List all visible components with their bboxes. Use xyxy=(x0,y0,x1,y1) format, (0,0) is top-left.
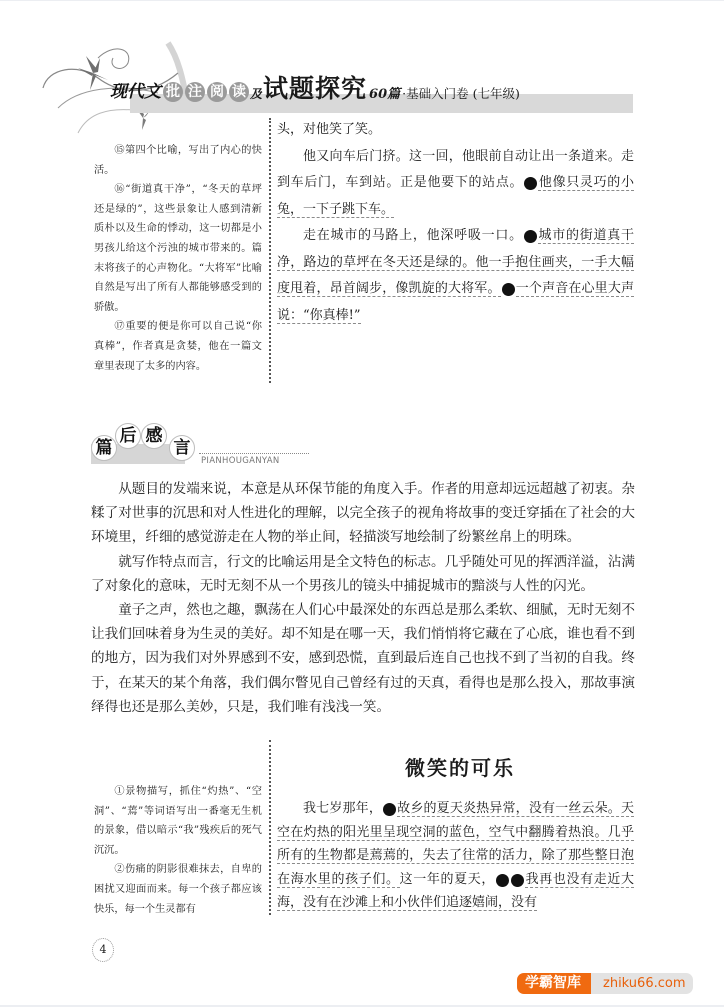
story-text-bottom: 我七岁那年，1故乡的夏天炎热异常，没有一丝云朵。天空在灼热的阳光里呈现空洞的蓝色… xyxy=(277,797,634,915)
title-circled: 批 注 阅 读 xyxy=(163,82,249,102)
annotation-2: ②伤痛的阴影很难抹去，自卑的困扰又迎面而来。每一个孩子都应该快乐，每一个生灵都有 xyxy=(94,860,262,919)
heading-char: 后 xyxy=(115,423,141,449)
watermark-badge: 学霸智库 zhiku66.com xyxy=(517,973,693,994)
story-paragraph: 我七岁那年，1故乡的夏天炎热异常，没有一丝云朵。天空在灼热的阳光里呈现空洞的蓝色… xyxy=(277,797,634,915)
annotation-marker-15: 15 xyxy=(524,177,537,190)
text: 我七岁那年， xyxy=(303,801,382,816)
annotation-15: ⑮第四个比喻，写出了内心的快活。 xyxy=(94,141,262,180)
heading-char: 言 xyxy=(169,435,195,461)
annotation-1: ①景物描写，抓住“灼热”、“空洞”、“蔫”等词语写出一番毫无生机的景象，借以暗示… xyxy=(94,782,262,860)
annotation-marker-17: 17 xyxy=(502,283,515,296)
heading-char: 篇 xyxy=(91,435,117,461)
commentary-text: 从题目的发端来说，本意是从环保节能的角度入手。作者的用意却远远超越了初衷。杂糅了… xyxy=(91,477,635,719)
annotation-marker-3: 3 xyxy=(511,874,524,887)
heading-pinyin: PIANHOUGANYAN xyxy=(201,456,279,466)
story-paragraph: 他又向车后门挤。这一回，他眼前自动让出一条道来。走到车后门，车到站。正是他要下的… xyxy=(277,144,634,224)
circled-char: 阅 xyxy=(207,82,227,102)
commentary-paragraph: 就写作特点而言，行文的比喻运用是全文特色的标志。几乎随处可见的挥洒洋溢，沾满了对… xyxy=(91,550,635,598)
annotation-marker-16: 16 xyxy=(524,230,537,243)
watermark-brand: 学霸智库 xyxy=(517,973,591,994)
annotation-column-bottom: ①景物描写，抓住“灼热”、“空洞”、“蔫”等词语写出一番毫无生机的景象，借以暗示… xyxy=(94,782,262,919)
story-title: 微笑的可乐 xyxy=(270,752,650,781)
title-and: 及 xyxy=(250,85,262,102)
circled-char: 注 xyxy=(185,82,205,102)
text: 这一年的夏天， xyxy=(400,872,495,887)
page-number: 4 xyxy=(92,938,114,962)
title-main: 试题探究 xyxy=(263,76,367,102)
commentary-paragraph: 从题目的发端来说，本意是从环保节能的角度入手。作者的用意却远远超越了初衷。杂糅了… xyxy=(91,477,635,550)
annotation-17: ⑰重要的便是你可以自己说“你真棒”，作者真是贪婪，他在一篇文章里表现了太多的内容… xyxy=(94,317,262,376)
watermark-domain: zhiku66.com xyxy=(591,973,693,994)
circled-char: 读 xyxy=(229,82,249,102)
annotation-marker-1: 1 xyxy=(383,803,396,816)
title-count: 60篇 xyxy=(369,83,400,102)
title-part1: 现代文 xyxy=(110,77,161,102)
story-text-top: 头，对他笑了笑。 他又向车后门挤。这一回，他眼前自动让出一条道来。走到车后门，车… xyxy=(277,117,634,329)
heading-char: 感 xyxy=(141,423,167,449)
heading-dotted-line xyxy=(199,453,309,454)
text: 头，对他笑了笑。 xyxy=(277,122,381,137)
annotation-16: ⑯“街道真干净”，“冬天的草坪还是绿的”，这些景象让人感到清新质朴以及生命的悸动… xyxy=(94,180,262,317)
story-paragraph: 头，对他笑了笑。 xyxy=(277,117,634,144)
commentary-paragraph: 童子之声，然也之趣，飘荡在人们心中最深处的东西总是那么柔软、细腻，无时无刻不让我… xyxy=(91,598,635,719)
book-title: 现代文 批 注 阅 读 及 试题探究 60篇 ·基础入门卷 (七年级) xyxy=(110,76,520,102)
title-subtitle: ·基础入门卷 (七年级) xyxy=(402,84,520,102)
annotation-marker-2: 2 xyxy=(496,874,509,887)
column-divider xyxy=(269,118,271,383)
circled-char: 批 xyxy=(163,82,183,102)
section-heading: 篇 后 感 言 PIANHOUGANYAN xyxy=(91,421,311,467)
annotation-column-top: ⑮第四个比喻，写出了内心的快活。 ⑯“街道真干净”，“冬天的草坪还是绿的”，这些… xyxy=(94,141,262,376)
story-paragraph: 走在城市的马路上，他深呼吸一口。16城市的街道真干净，路边的草坪在冬天还是绿的。… xyxy=(277,223,634,329)
text: 走在城市的马路上，他深呼吸一口。 xyxy=(303,228,523,243)
